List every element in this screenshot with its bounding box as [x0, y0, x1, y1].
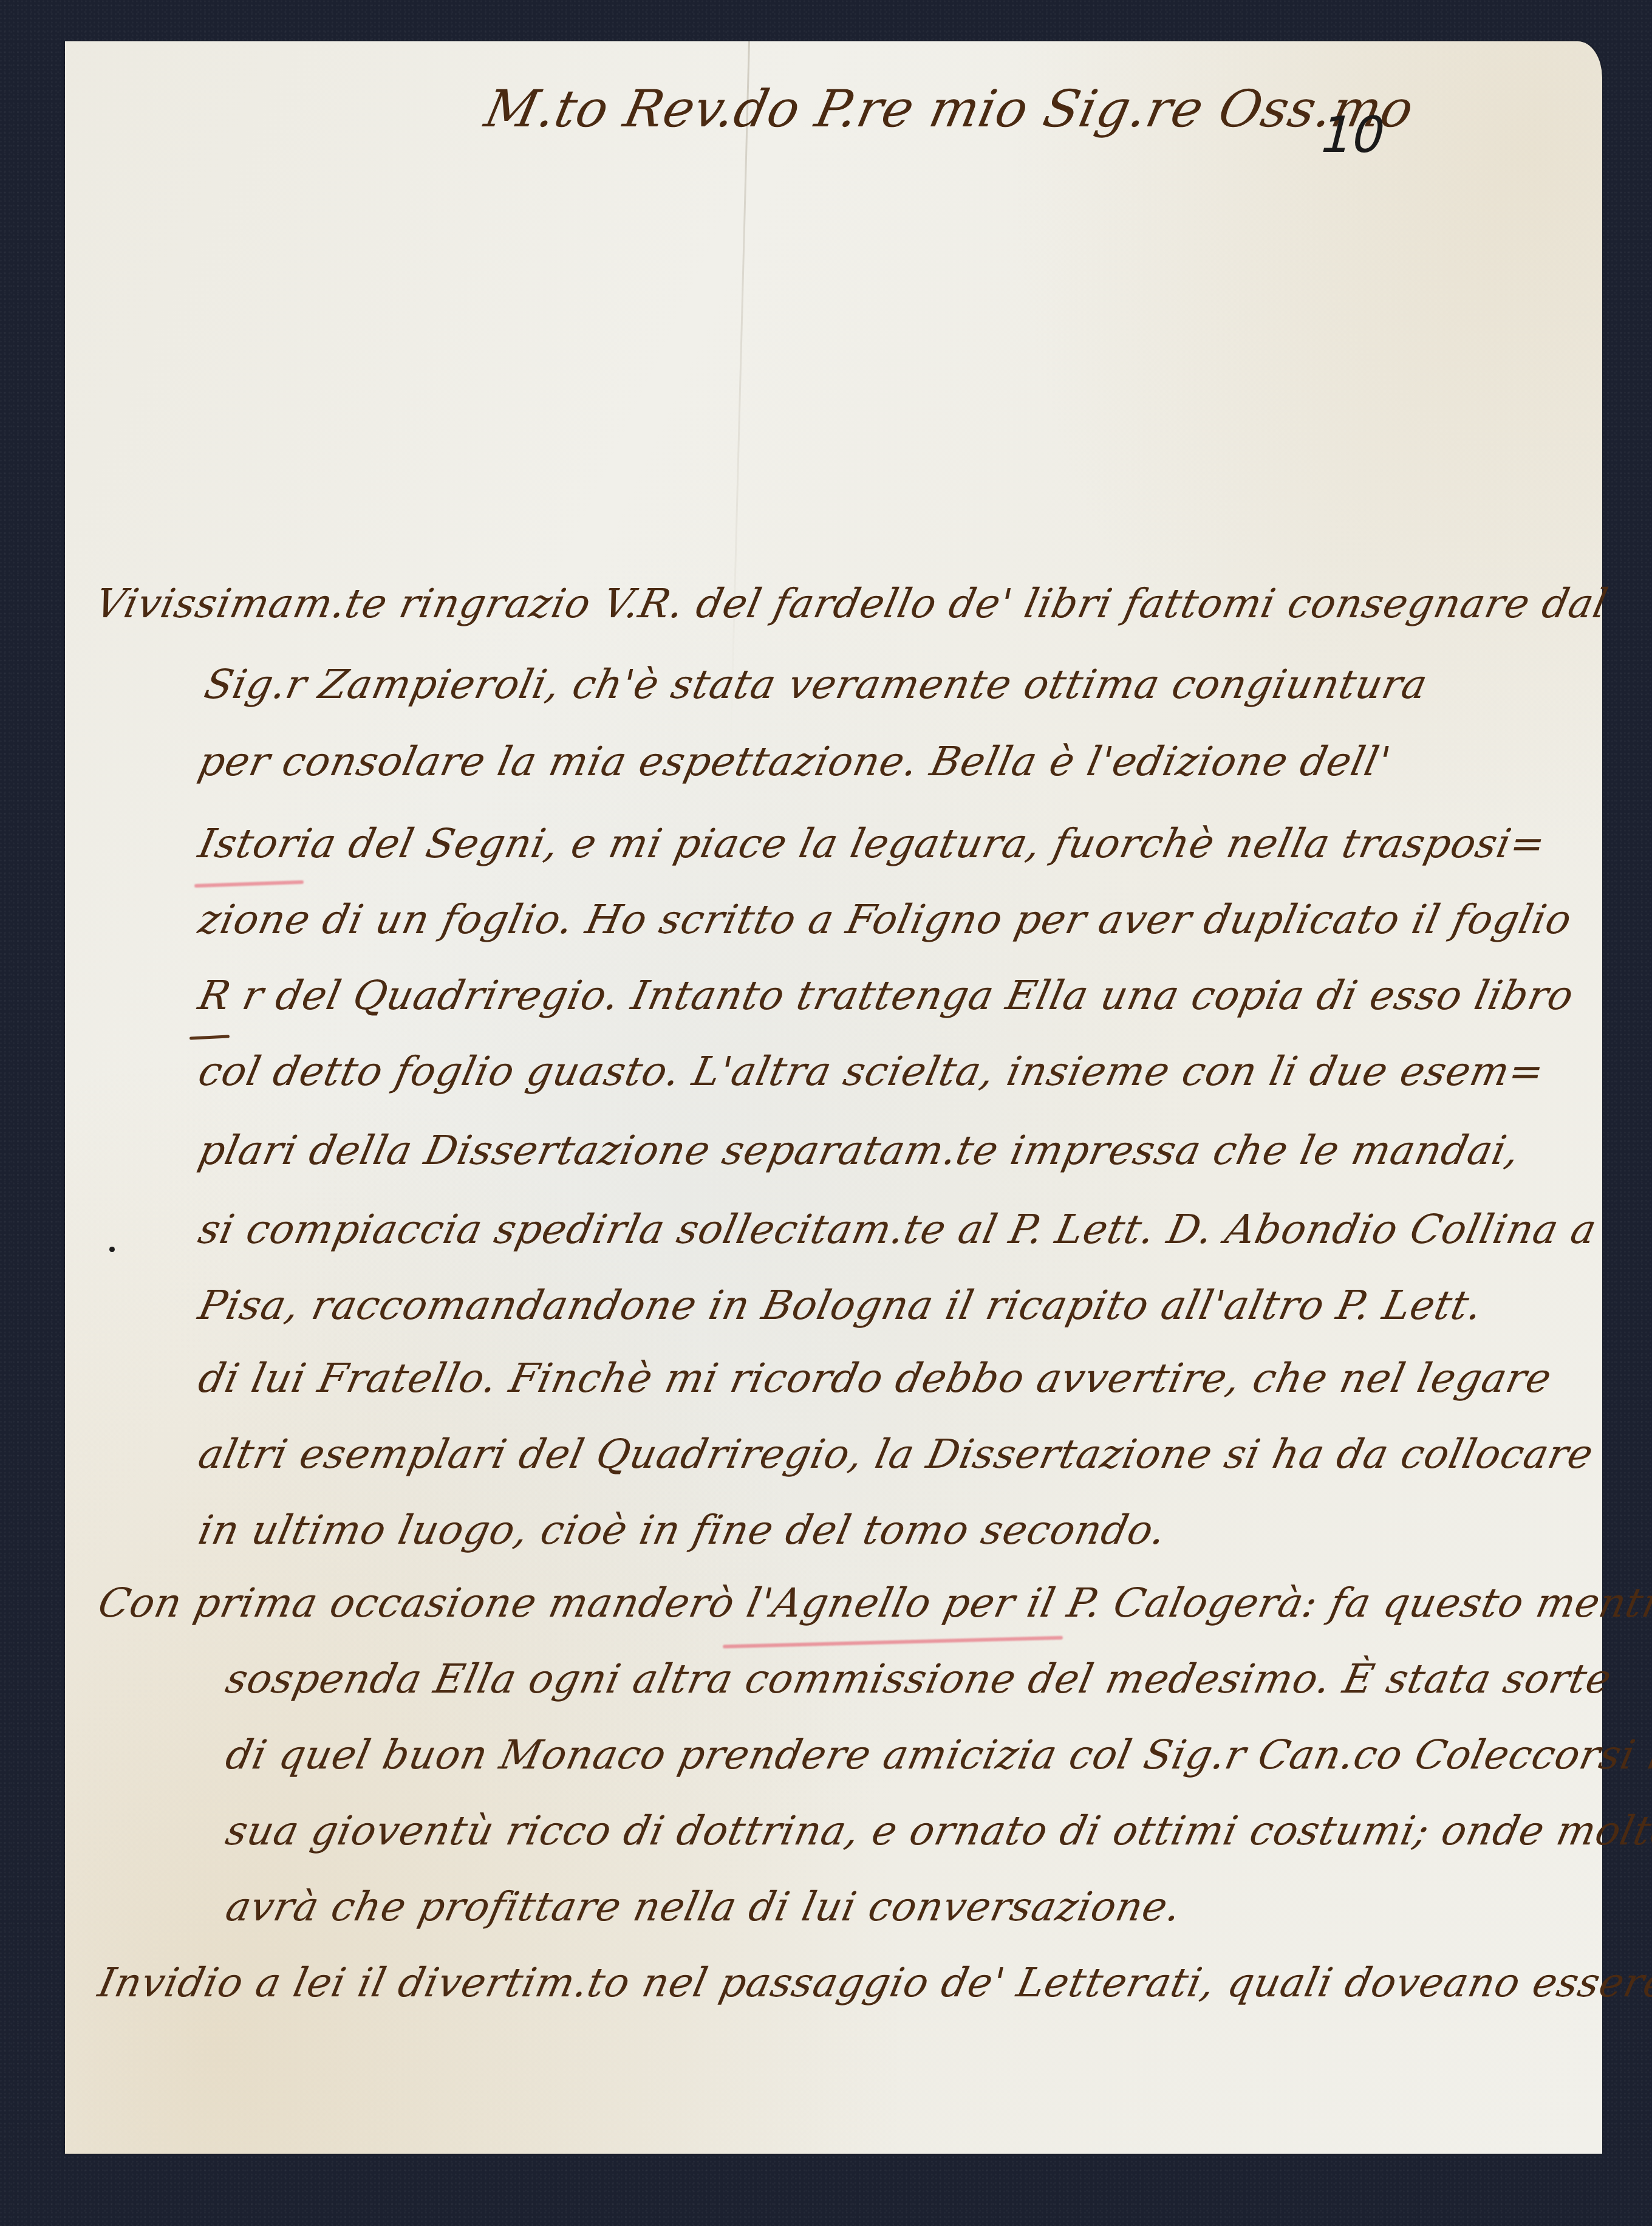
letter-line-7: col detto foglio guasto. L'altra scielta…: [194, 1048, 1549, 1095]
letter-line-12: altri esemplari del Quadriregio, la Diss…: [194, 1431, 1598, 1478]
margin-ink-dot: [109, 1247, 115, 1252]
letter-line-19: Invidio a lei il divertim.to nel passagg…: [94, 1959, 1652, 2006]
letter-line-9: si compiaccia spedirla sollecitam.te al …: [194, 1206, 1601, 1253]
letter-line-16: di quel buon Monaco prendere amicizia co…: [222, 1731, 1652, 1778]
letter-line-18: avrà che profittare nella di lui convers…: [222, 1883, 1186, 1930]
letter-line-5: zione di un foglio. Ho scritto a Foligno…: [194, 896, 1576, 943]
letter-line-15: sospenda Ella ogni altra commissione del…: [222, 1656, 1616, 1702]
letter-line-10: Pisa, raccomandandone in Bologna il rica…: [194, 1282, 1487, 1329]
letter-line-17: sua gioventù ricco di dottrina, e ornato…: [222, 1807, 1652, 1854]
letter-line-2: Sig.r Zampieroli, ch'è stata veramente o…: [200, 661, 1432, 708]
letter-line-13: in ultimo luogo, cioè in fine del tomo s…: [194, 1507, 1170, 1553]
letter-salutation: M.to Rev.do P.re mio Sig.re Oss.mo: [480, 79, 1419, 139]
paper-fold-crease: [730, 41, 750, 740]
letter-line-4: Istoria del Segni, e mi piace la legatur…: [194, 820, 1550, 867]
letter-line-1: Vivissimam.te ringrazio V.R. del fardell…: [91, 580, 1612, 627]
letter-line-6: R r del Quadriregio. Intanto trattenga E…: [194, 972, 1578, 1019]
letter-line-11: di lui Fratello. Finchè mi ricordo debbo…: [194, 1355, 1556, 1402]
letter-line-14: Con prima occasione manderò l'Agnello pe…: [94, 1580, 1652, 1626]
letter-line-3: per consolare la mia espettazione. Bella…: [194, 738, 1395, 785]
letter-line-8: plari della Dissertazione separatam.te i…: [194, 1127, 1524, 1174]
